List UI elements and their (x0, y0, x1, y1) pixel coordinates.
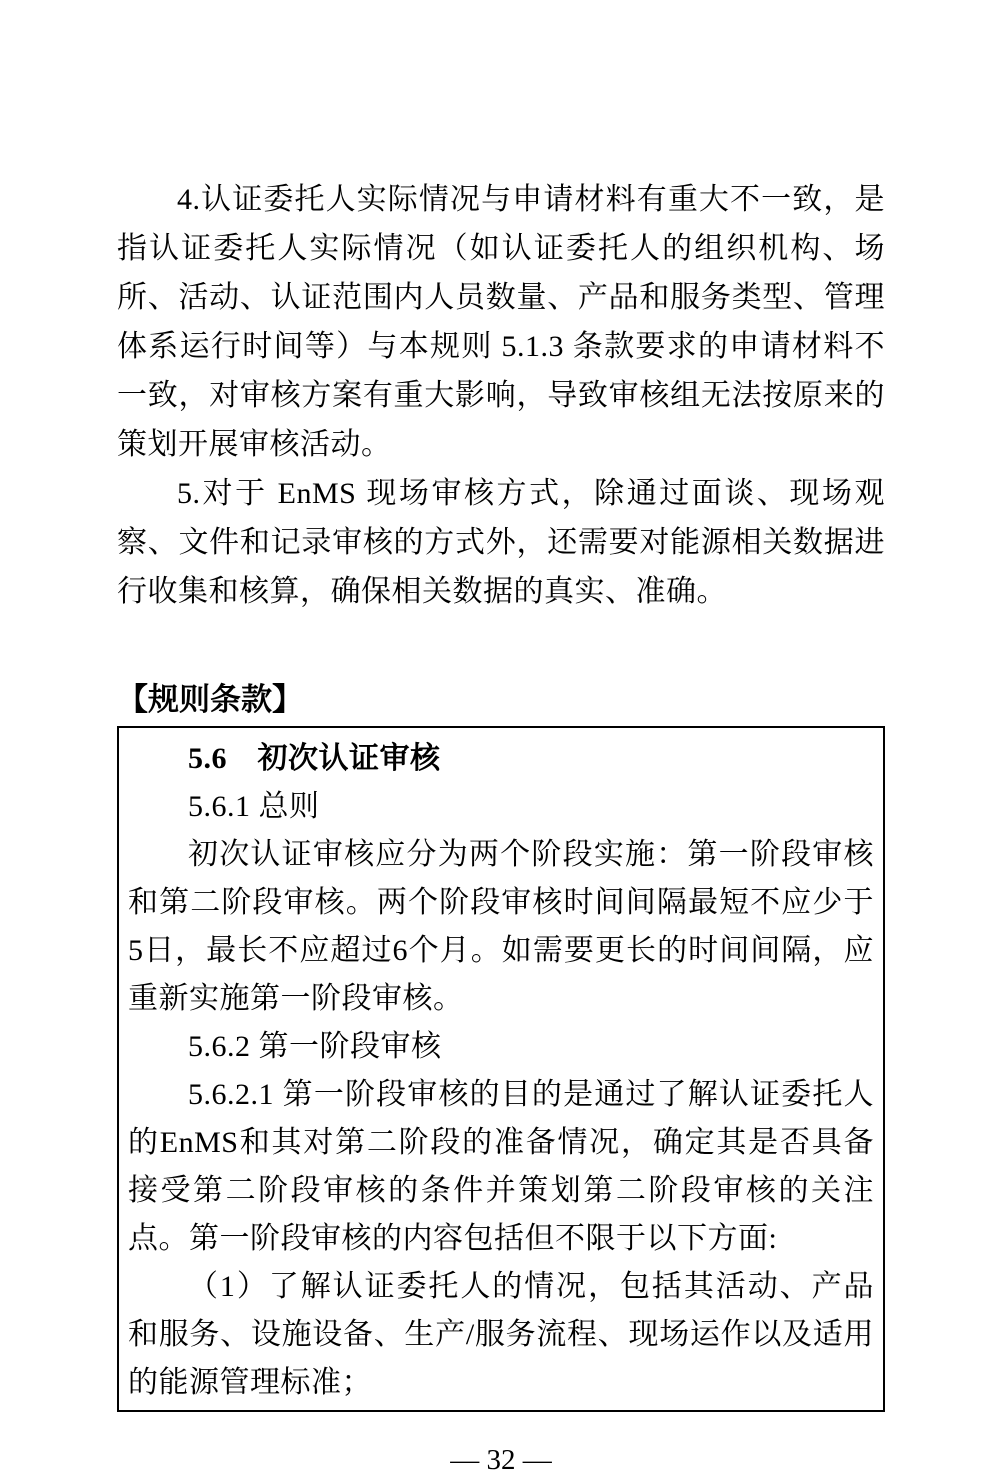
rule-item-subheading-5-6-2: 5.6.2 第一阶段审核 (128, 1023, 874, 1071)
rule-item-paragraph-5-6-2-1: 5.6.2.1 第一阶段审核的目的是通过了解认证委托人的EnMS和其对第二阶段的… (128, 1071, 874, 1263)
page-number: — 32 — (450, 1444, 552, 1476)
rule-clause-box: 5.6 初次认证审核 5.6.1 总则 初次认证审核应分为两个阶段实施：第一阶段… (117, 726, 885, 1412)
rule-item-paragraph-general: 初次认证审核应分为两个阶段实施：第一阶段审核和第二阶段审核。两个阶段审核时间间隔… (128, 831, 874, 1023)
rule-item-subheading-5-6-1: 5.6.1 总则 (128, 783, 874, 831)
page-footer: — 32 — (117, 1440, 885, 1480)
note-paragraph-4: 4.认证委托人实际情况与申请材料有重大不一致，是指认证委托人实际情况（如认证委托… (117, 175, 885, 469)
rule-item-title-5-6: 5.6 初次认证审核 (128, 735, 874, 783)
note-paragraph-5: 5.对于 EnMS 现场审核方式，除通过面谈、现场观察、文件和记录审核的方式外，… (117, 469, 885, 616)
rule-clause-heading: 【规则条款】 (117, 678, 885, 722)
rule-item-paragraph-list-1: （1）了解认证委托人的情况，包括其活动、产品和服务、设施设备、生产/服务流程、现… (128, 1263, 874, 1407)
notes-section: 4.认证委托人实际情况与申请材料有重大不一致，是指认证委托人实际情况（如认证委托… (117, 175, 885, 616)
document-page: 4.认证委托人实际情况与申请材料有重大不一致，是指认证委托人实际情况（如认证委托… (0, 0, 1000, 1414)
